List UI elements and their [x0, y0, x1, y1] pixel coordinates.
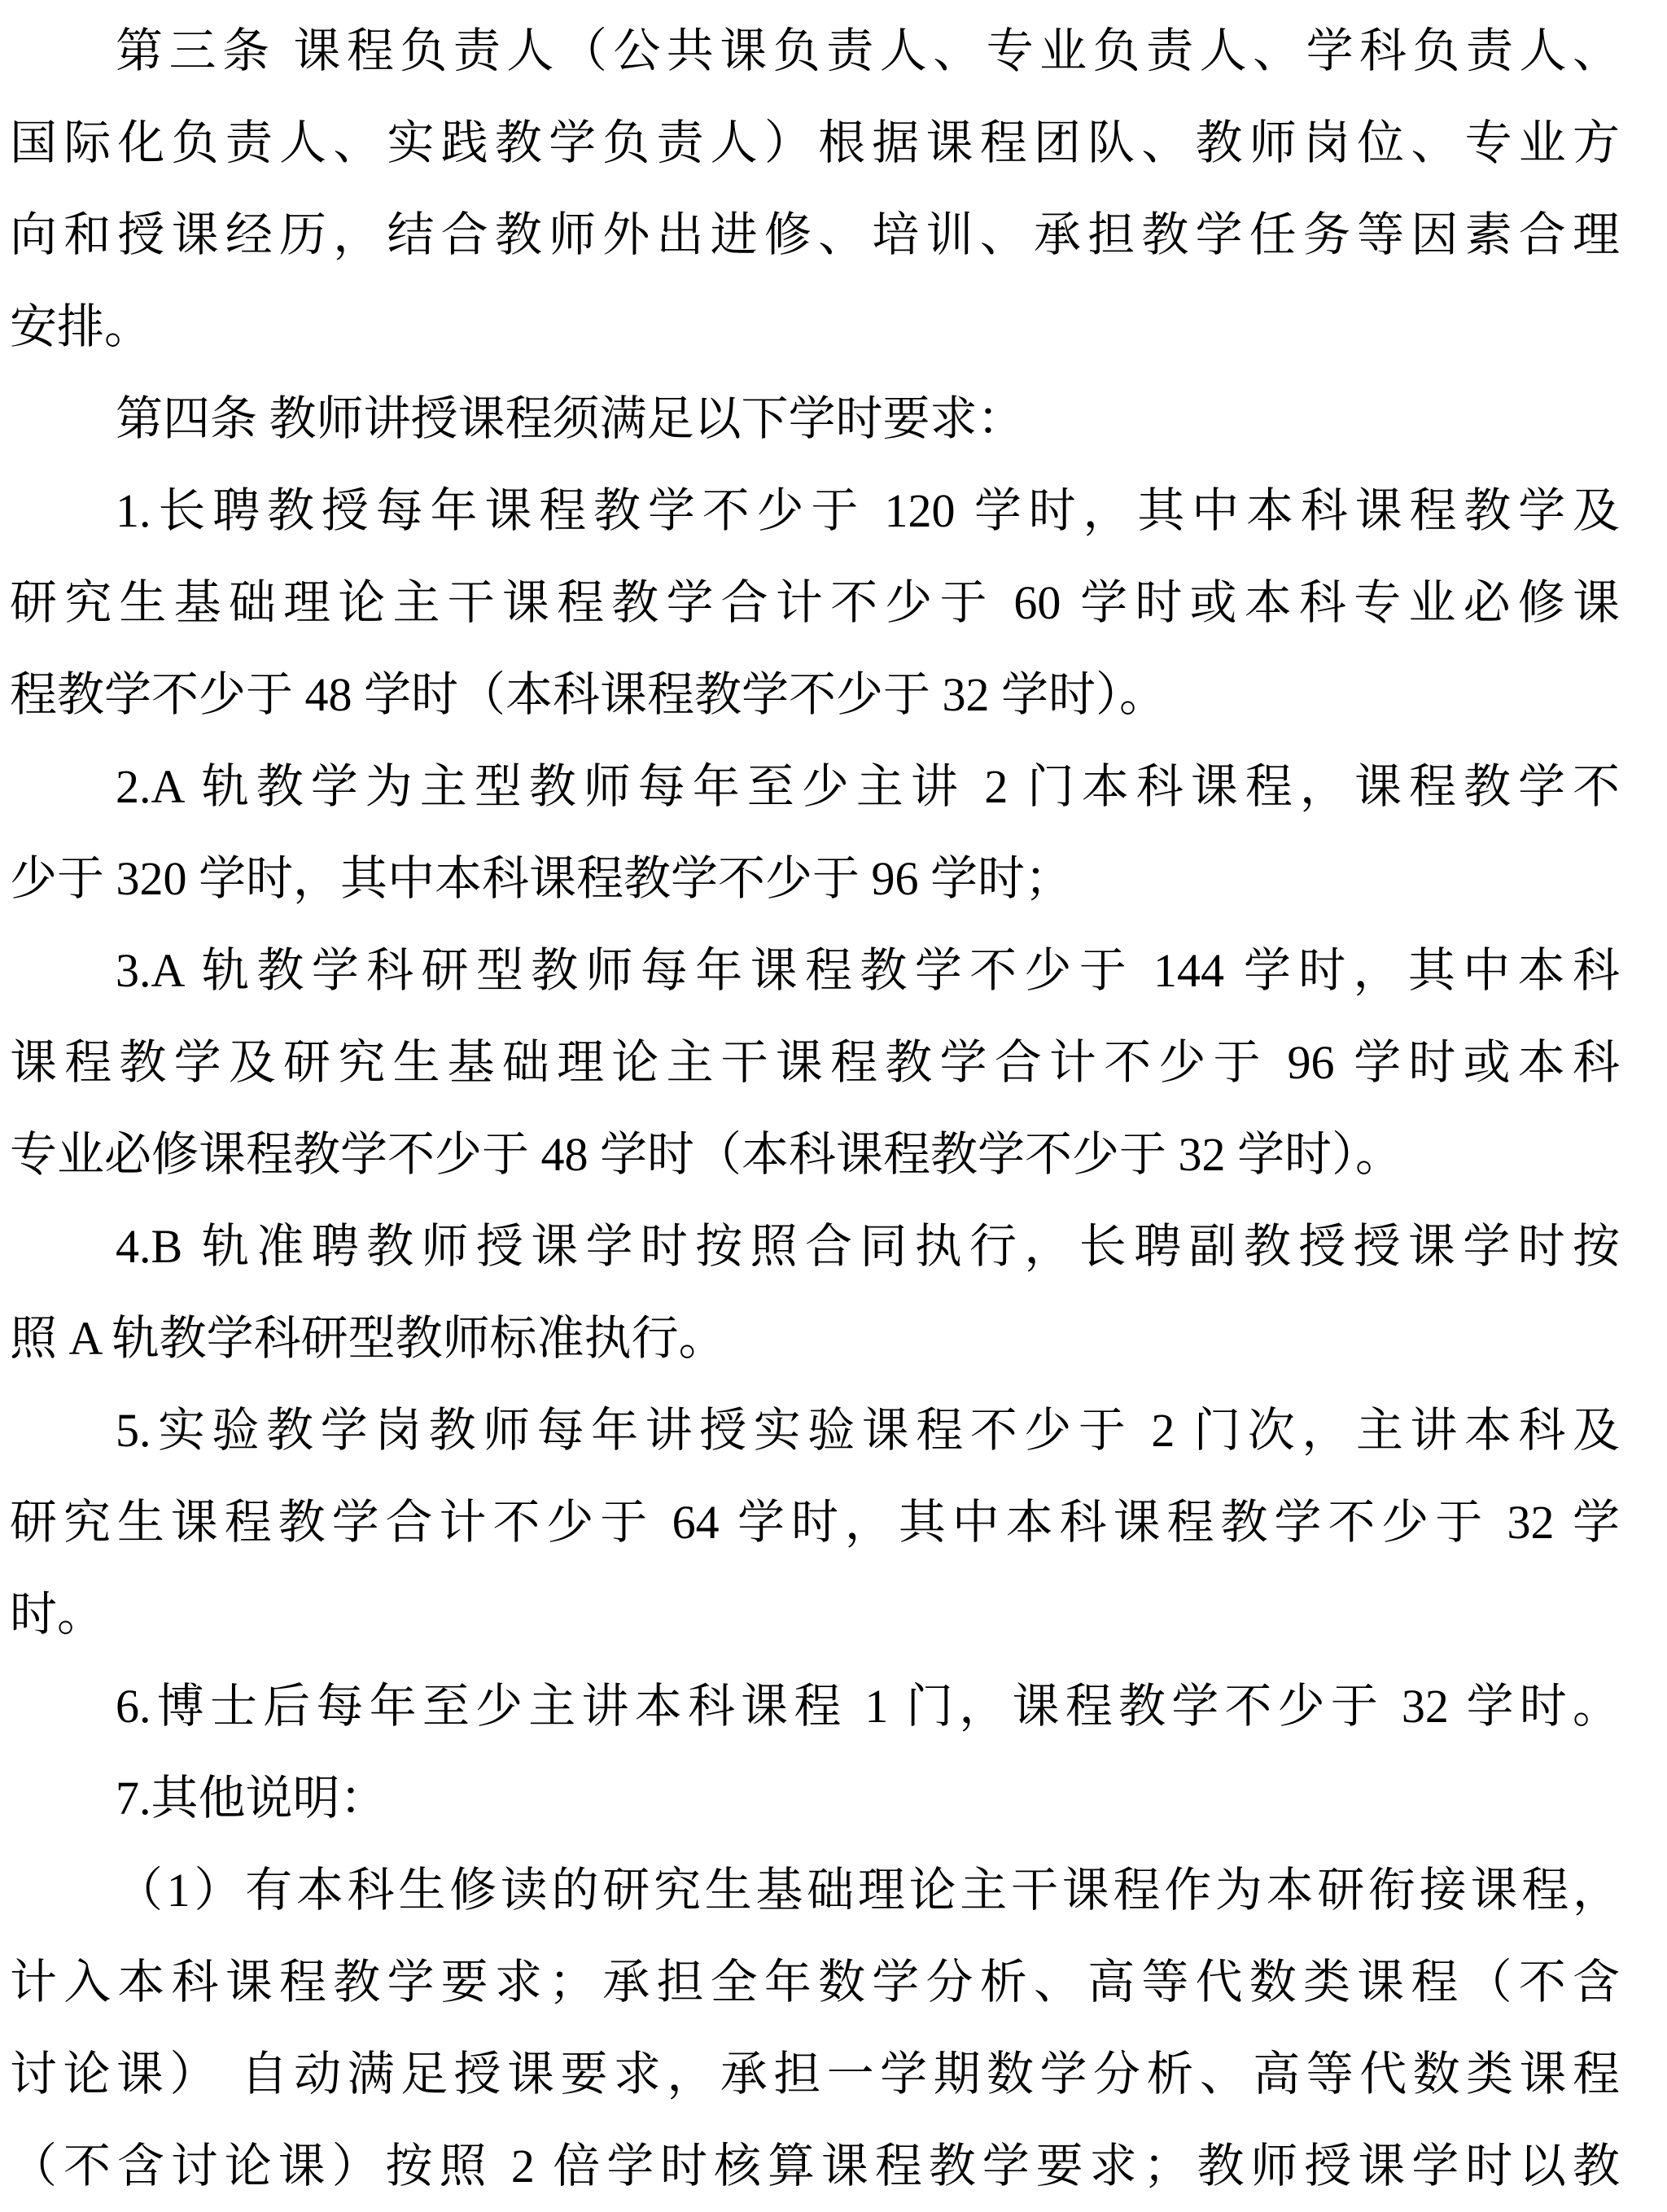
text-line-7: 研究生基础理论主干课程教学合计不少于 60 学时或本科专业必修课 — [10, 557, 1620, 649]
text-line-21: （1）有本科生修读的研究生基础理论主干课程作为本研衔接课程， — [10, 1844, 1620, 1936]
text-line-14: 4.B 轨准聘教师授课学时按照合同执行，长聘副教授授课学时按 — [10, 1200, 1620, 1292]
text-line-9: 2.A 轨教学为主型教师每年至少主讲 2 门本科课程，课程教学不 — [10, 741, 1620, 833]
document-body: 第三条 课程负责人（公共课负责人、专业负责人、学科负责人、国际化负责人、实践教学… — [0, 0, 1667, 2212]
text-line-8: 程教学不少于 48 学时（本科课程教学不少于 32 学时）。 — [10, 649, 1620, 741]
text-line-11: 3.A 轨教学科研型教师每年课程教学不少于 144 学时，其中本科 — [10, 925, 1620, 1016]
text-line-6: 1.长聘教授每年课程教学不少于 120 学时，其中本科课程教学及 — [10, 465, 1620, 557]
text-line-12: 课程教学及研究生基础理论主干课程教学合计不少于 96 学时或本科 — [10, 1016, 1620, 1108]
text-line-13: 专业必修课程教学不少于 48 学时（本科课程教学不少于 32 学时）。 — [10, 1108, 1620, 1200]
text-line-4: 安排。 — [10, 281, 1620, 373]
document-page: 第三条 课程负责人（公共课负责人、专业负责人、学科负责人、国际化负责人、实践教学… — [0, 0, 1667, 2212]
text-line-5: 第四条 教师讲授课程须满足以下学时要求： — [10, 373, 1620, 465]
text-line-20: 7.其他说明： — [10, 1752, 1620, 1844]
text-line-23: 讨论课） 自动满足授课要求，承担一学期数学分析、高等代数类课程 — [10, 2028, 1620, 2120]
text-line-22: 计入本科课程教学要求；承担全年数学分析、高等代数类课程（不含 — [10, 1936, 1620, 2028]
text-line-17: 研究生课程教学合计不少于 64 学时，其中本科课程教学不少于 32 学 — [10, 1476, 1620, 1568]
text-line-3: 向和授课经历，结合教师外出进修、培训、承担教学任务等因素合理 — [10, 189, 1620, 281]
text-line-16: 5.实验教学岗教师每年讲授实验课程不少于 2 门次，主讲本科及 — [10, 1384, 1620, 1476]
text-line-18: 时。 — [10, 1568, 1620, 1660]
text-line-24: （不含讨论课）按照 2 倍学时核算课程教学要求；教师授课学时以教 — [10, 2120, 1620, 2212]
text-line-19: 6.博士后每年至少主讲本科课程 1 门，课程教学不少于 32 学时。 — [10, 1660, 1620, 1752]
text-line-15: 照 A 轨教学科研型教师标准执行。 — [10, 1292, 1620, 1384]
text-line-10: 少于 320 学时，其中本科课程教学不少于 96 学时； — [10, 833, 1620, 925]
text-line-2: 国际化负责人、实践教学负责人）根据课程团队、教师岗位、专业方 — [10, 97, 1620, 189]
text-line-1: 第三条 课程负责人（公共课负责人、专业负责人、学科负责人、 — [10, 5, 1620, 97]
